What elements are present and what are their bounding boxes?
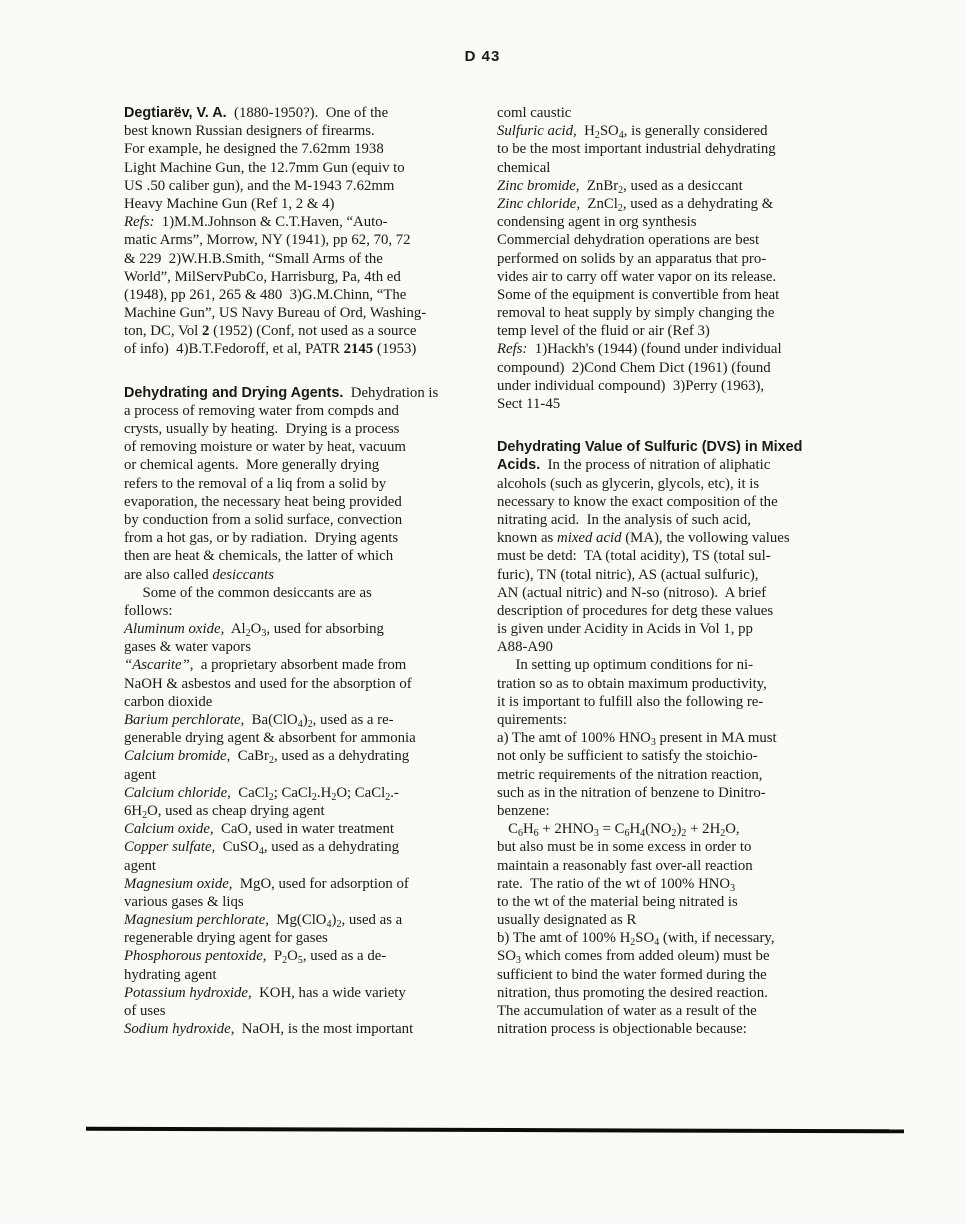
text-segment: under individual compound) 3)Perry (1963… [497,378,764,394]
text-segment: C [497,821,518,837]
text-line: necessary to know the exact composition … [497,493,865,511]
text-segment: US .50 caliber gun), and the M-1943 7.62… [124,178,394,194]
text-segment: Commercial dehydration operations are be… [497,232,759,248]
text-line: Phosphorous pentoxide, P2O5, used as a d… [124,947,476,965]
text-line: removal to heat supply by simply changin… [497,304,865,322]
text-line: Refs: 1)M.M.Johnson & C.T.Haven, “Auto- [124,213,476,231]
bottom-rule [86,1127,904,1134]
entry-dehydrating-and-drying-agents: Dehydrating and Drying Agents. Dehydrati… [124,384,476,1039]
text-line: (1948), pp 261, 265 & 480 3)G.M.Chinn, “… [124,286,476,304]
text-segment: In setting up optimum conditions for ni- [497,657,753,673]
text-segment: evaporation, the necessary heat being pr… [124,494,402,510]
text-line: Aluminum oxide, Al2O3, used for absorbin… [124,620,476,638]
text-segment: gases & water vapors [124,639,251,655]
text-segment: Some of the equipment is convertible fro… [497,287,779,303]
text-line: such as in the nitration of benzene to D… [497,784,865,802]
text-line: Magnesium perchlorate, Mg(ClO4)2, used a… [124,911,476,929]
text-line: Refs: 1)Hackh's (1944) (found under indi… [497,340,865,358]
text-line: follows: [124,602,476,620]
text-segment: benzene: [497,803,550,819]
text-line: hydrating agent [124,966,476,984]
text-line: coml caustic [497,104,865,122]
text-line: various gases & liqs [124,893,476,911]
text-segment: 6H [124,803,142,819]
text-segment: b) The amt of 100% H [497,930,630,946]
text-segment: such as in the nitration of benzene to D… [497,785,766,801]
text-segment: O, used as cheap drying agent [147,803,325,819]
text-line: carbon dioxide [124,693,476,711]
text-segment: a) The amt of 100% HNO [497,730,651,746]
text-line: 6H2O, used as cheap drying agent [124,802,476,820]
entry-title: Dehydrating Value of Sulfuric (DVS) in M… [497,439,802,455]
text-line: NaOH & asbestos and used for the absorpt… [124,675,476,693]
text-line: US .50 caliber gun), and the M-1943 7.62… [124,177,476,195]
text-line: furic), TN (total nitric), AS (actual su… [497,566,865,584]
text-segment: coml caustic [497,105,571,121]
text-segment: = C [599,821,625,837]
text-line: Sulfuric acid, H2SO4, is generally consi… [497,122,865,140]
text-line: or chemical agents. More generally dryin… [124,456,476,474]
text-line: of uses [124,1002,476,1020]
text-line: & 229 2)W.H.B.Smith, “Small Arms of the [124,250,476,268]
text-line: Magnesium oxide, MgO, used for adsorptio… [124,875,476,893]
text-segment: which comes from added oleum) must be [521,948,770,964]
text-segment: nitration, thus promoting the desired re… [497,985,768,1001]
text-segment: a process of removing water from compds … [124,403,399,419]
text-line: are also called desiccants [124,566,476,584]
text-segment: (1952) (Conf, not used as a source [209,323,416,339]
text-line: condensing agent in org synthesis [497,213,865,231]
text-segment: , used for absorbing [266,621,384,637]
text-segment: , used as a de- [303,948,386,964]
text-segment: Light Machine Gun, the 12.7mm Gun (equiv… [124,160,405,176]
text-segment: + 2H [686,821,720,837]
text-line: it is important to fulfill also the foll… [497,693,865,711]
text-segment: follows: [124,603,173,619]
text-line: rate. The ratio of the wt of 100% HNO3 [497,875,865,893]
bold-text: 2145 [344,341,374,357]
italic-text: Sodium hydroxide, [124,1021,234,1037]
text-segment: crysts, usually by heating. Drying is a … [124,421,399,437]
text-segment: NaOH, is the most important [234,1021,413,1037]
text-segment: removal to heat supply by simply changin… [497,305,774,321]
text-segment: SO [600,123,619,139]
text-segment: Dehydration is [343,385,438,401]
text-line: World”, MilServPubCo, Harrisburg, Pa, 4t… [124,268,476,286]
text-line: of info) 4)B.T.Fedoroff, et al, PATR 214… [124,340,476,358]
text-segment: to be the most important industrial dehy… [497,141,776,157]
italic-text: Calcium bromide, [124,748,230,764]
document-page: D 43 Degtiarëv, V. A. (1880-1950?). One … [0,0,965,1224]
text-segment: MgO, used for adsorption of [232,876,408,892]
text-segment: KOH, has a wide variety [252,985,406,1001]
left-column: Degtiarëv, V. A. (1880-1950?). One of th… [124,104,476,1063]
text-segment: it is important to fulfill also the foll… [497,694,763,710]
text-line: Barium perchlorate, Ba(ClO4)2, used as a… [124,711,476,729]
italic-text: “Ascarite”, [124,657,193,673]
text-segment: SO [497,948,516,964]
text-segment: O, [725,821,739,837]
text-segment: O [287,948,298,964]
text-line: Zinc bromide, ZnBr2, used as a desiccant [497,177,865,195]
text-line: from a hot gas, or by radiation. Drying … [124,529,476,547]
text-segment: For example, he designed the 7.62mm 1938 [124,141,384,157]
italic-text: Refs: [497,341,527,357]
text-segment: (NO [645,821,671,837]
text-segment: of uses [124,1003,166,1019]
text-segment: maintain a reasonably fast over-all reac… [497,858,753,874]
text-line: a process of removing water from compds … [124,402,476,420]
italic-text: Barium perchlorate, [124,712,244,728]
text-segment: is given under Acidity in Acids in Vol 1… [497,621,753,637]
text-segment: .- [390,785,399,801]
text-line: Light Machine Gun, the 12.7mm Gun (equiv… [124,159,476,177]
text-line: best known Russian designers of firearms… [124,122,476,140]
text-line: Commercial dehydration operations are be… [497,231,865,249]
text-segment: must be detd: TA (total acidity), TS (to… [497,548,771,564]
italic-text: mixed acid [557,530,622,546]
text-segment: SO [635,930,654,946]
text-segment: World”, MilServPubCo, Harrisburg, Pa, 4t… [124,269,401,285]
text-segment: AN (actual nitric) and N-so (nitroso). A… [497,585,766,601]
text-line: a) The amt of 100% HNO3 present in MA mu… [497,729,865,747]
text-line: vides air to carry off water vapor on it… [497,268,865,286]
text-line: nitration process is objectionable becau… [497,1020,865,1038]
text-line: gases & water vapors [124,638,476,656]
text-segment: Ba(ClO [244,712,297,728]
text-line: not only be sufficient to satisfy the st… [497,747,865,765]
text-segment: & 229 2)W.H.B.Smith, “Small Arms of the [124,251,383,267]
text-line: Heavy Machine Gun (Ref 1, 2 & 4) [124,195,476,213]
entry-dehydrating-value-of-sulfuric: Dehydrating Value of Sulfuric (DVS) in M… [497,438,865,1038]
text-line: ton, DC, Vol 2 (1952) (Conf, not used as… [124,322,476,340]
text-line: usually designated as R [497,911,865,929]
text-line: compound) 2)Cond Chem Dict (1961) (found [497,359,865,377]
text-segment: sufficient to bind the water formed duri… [497,967,767,983]
text-segment: of info) 4)B.T.Fedoroff, et al, PATR [124,341,344,357]
text-segment: , used as a dehydrating & [623,196,773,212]
text-segment: by conduction from a solid surface, conv… [124,512,402,528]
italic-text: Refs: [124,214,154,230]
italic-text: Sulfuric acid, [497,123,577,139]
text-line: performed on solids by an apparatus that… [497,250,865,268]
text-segment: of removing moisture or water by heat, v… [124,439,406,455]
text-line: benzene: [497,802,865,820]
text-segment: condensing agent in org synthesis [497,214,696,230]
text-line: alcohols (such as glycerin, glycols, etc… [497,475,865,493]
text-segment: (with, if necessary, [659,930,774,946]
text-segment: , used as a [341,912,402,928]
text-segment: usually designated as R [497,912,636,928]
text-segment: matic Arms”, Morrow, NY (1941), pp 62, 7… [124,232,411,248]
text-segment: NaOH & asbestos and used for the absorpt… [124,676,412,692]
italic-text: Phosphorous pentoxide, [124,948,266,964]
text-line: temp level of the fluid or air (Ref 3) [497,322,865,340]
text-segment: CuSO [215,839,259,855]
text-segment: ; CaCl [274,785,312,801]
text-line: Machine Gun”, US Navy Bureau of Ord, Was… [124,304,476,322]
page-number: D 43 [0,48,965,65]
text-segment: description of procedures for detg these… [497,603,773,619]
text-segment: ton, DC, Vol [124,323,202,339]
text-line: matic Arms”, Morrow, NY (1941), pp 62, 7… [124,231,476,249]
text-line: of removing moisture or water by heat, v… [124,438,476,456]
text-segment: agent [124,767,156,783]
text-line: known as mixed acid (MA), the vollowing … [497,529,865,547]
text-segment: compound) 2)Cond Chem Dict (1961) (found [497,360,771,376]
text-segment: Heavy Machine Gun (Ref 1, 2 & 4) [124,196,334,212]
text-segment: H [629,821,640,837]
text-segment: CaCl [231,785,269,801]
italic-text: Aluminum oxide, [124,621,224,637]
text-line: agent [124,766,476,784]
text-segment: ZnBr [579,178,618,194]
text-line: Some of the common desiccants are as [124,584,476,602]
text-segment: The accumulation of water as a result of… [497,1003,757,1019]
text-line: SO3 which comes from added oleum) must b… [497,947,865,965]
text-line: but also must be in some excess in order… [497,838,865,856]
text-segment: or chemical agents. More generally dryin… [124,457,379,473]
entry-title: Degtiarëv, V. A. [124,105,227,121]
text-line: by conduction from a solid surface, conv… [124,511,476,529]
text-line: sufficient to bind the water formed duri… [497,966,865,984]
italic-text: Magnesium perchlorate, [124,912,269,928]
text-line: evaporation, the necessary heat being pr… [124,493,476,511]
text-line: to the wt of the material being nitrated… [497,893,865,911]
text-segment: present in MA must [656,730,777,746]
text-line: crysts, usually by heating. Drying is a … [124,420,476,438]
text-segment: chemical [497,160,550,176]
text-line: AN (actual nitric) and N-so (nitroso). A… [497,584,865,602]
text-segment: P [266,948,282,964]
text-segment: Some of the common desiccants are as [124,585,372,601]
text-segment: best known Russian designers of firearms… [124,123,375,139]
text-line: generable drying agent & absorbent for a… [124,729,476,747]
text-line: is given under Acidity in Acids in Vol 1… [497,620,865,638]
text-segment: metric requirements of the nitration rea… [497,767,762,783]
text-segment: vides air to carry off water vapor on it… [497,269,776,285]
text-line: Copper sulfate, CuSO4, used as a dehydra… [124,838,476,856]
text-line: Zinc chloride, ZnCl2, used as a dehydrat… [497,195,865,213]
text-line: regenerable drying agent for gases [124,929,476,947]
text-line: nitration, thus promoting the desired re… [497,984,865,1002]
text-segment: to the wt of the material being nitrated… [497,894,738,910]
text-line: agent [124,857,476,875]
text-segment: alcohols (such as glycerin, glycols, etc… [497,476,759,492]
italic-text: Zinc bromide, [497,178,579,194]
text-segment: , used as a dehydrating [274,748,409,764]
text-segment: Machine Gun”, US Navy Bureau of Ord, Was… [124,305,426,321]
text-segment: H [523,821,534,837]
text-segment: rate. The ratio of the wt of 100% HNO [497,876,730,892]
text-segment: Sect 11-45 [497,396,560,412]
italic-text: Copper sulfate, [124,839,215,855]
text-segment: nitration process is objectionable becau… [497,1021,747,1037]
text-segment: , used as a dehydrating [264,839,399,855]
text-segment: In the process of nitration of aliphatic [540,457,770,473]
text-segment: necessary to know the exact composition … [497,494,778,510]
italic-text: Potassium hydroxide, [124,985,252,1001]
text-line: Sect 11-45 [497,395,865,413]
text-line: Calcium oxide, CaO, used in water treatm… [124,820,476,838]
text-segment: A88-A90 [497,639,553,655]
text-segment: , is generally considered [624,123,768,139]
text-segment: , used as a desiccant [623,178,743,194]
text-segment: a proprietary absorbent made from [193,657,406,673]
text-segment: known as [497,530,557,546]
text-line: Degtiarëv, V. A. (1880-1950?). One of th… [124,104,476,122]
text-segment: CaBr [230,748,269,764]
text-line: quirements: [497,711,865,729]
text-segment: Al [224,621,245,637]
text-segment: agent [124,858,156,874]
entry-title: Acids. [497,457,540,473]
text-segment: (MA), the vollowing values [622,530,790,546]
text-line: metric requirements of the nitration rea… [497,766,865,784]
text-line: under individual compound) 3)Perry (1963… [497,377,865,395]
italic-text: desiccants [212,567,274,583]
text-segment: (1880-1950?). One of the [227,105,389,121]
text-segment: nitrating acid. In the analysis of such … [497,512,751,528]
text-line: The accumulation of water as a result of… [497,1002,865,1020]
text-segment: from a hot gas, or by radiation. Drying … [124,530,398,546]
italic-text: Magnesium oxide, [124,876,232,892]
text-segment: carbon dioxide [124,694,212,710]
text-segment: (1953) [373,341,416,357]
text-line: Dehydrating and Drying Agents. Dehydrati… [124,384,476,402]
text-segment: O [251,621,262,637]
text-line: nitrating acid. In the analysis of such … [497,511,865,529]
text-segment: CaO, used in water treatment [214,821,394,837]
text-segment: .H [317,785,331,801]
text-line: to be the most important industrial dehy… [497,140,865,158]
text-segment: but also must be in some excess in order… [497,839,751,855]
text-segment: regenerable drying agent for gases [124,930,328,946]
text-segment: refers to the removal of a liq from a so… [124,476,386,492]
text-segment: various gases & liqs [124,894,244,910]
text-line: For example, he designed the 7.62mm 1938 [124,140,476,158]
text-segment: H [577,123,595,139]
text-line: Sodium hydroxide, NaOH, is the most impo… [124,1020,476,1038]
italic-text: Calcium chloride, [124,785,231,801]
text-segment: then are heat & chemicals, the latter of… [124,548,393,564]
italic-text: Zinc chloride, [497,196,580,212]
text-line: then are heat & chemicals, the latter of… [124,547,476,565]
text-line: A88-A90 [497,638,865,656]
text-segment: are also called [124,567,212,583]
text-segment: temp level of the fluid or air (Ref 3) [497,323,710,339]
text-line: must be detd: TA (total acidity), TS (to… [497,547,865,565]
text-segment: O; CaCl [336,785,385,801]
text-segment: quirements: [497,712,567,728]
text-line: Some of the equipment is convertible fro… [497,286,865,304]
italic-text: Calcium oxide, [124,821,214,837]
text-line: Calcium chloride, CaCl2; CaCl2.H2O; CaCl… [124,784,476,802]
text-segment: performed on solids by an apparatus that… [497,251,766,267]
text-line: refers to the removal of a liq from a so… [124,475,476,493]
text-line: Potassium hydroxide, KOH, has a wide var… [124,984,476,1002]
text-line: Calcium bromide, CaBr2, used as a dehydr… [124,747,476,765]
entry-degtiarev: Degtiarëv, V. A. (1880-1950?). One of th… [124,104,476,359]
text-segment: Mg(ClO [269,912,327,928]
text-line: maintain a reasonably fast over-all reac… [497,857,865,875]
text-line: description of procedures for detg these… [497,602,865,620]
text-segment: ZnCl [580,196,618,212]
text-segment: (1948), pp 261, 265 & 480 3)G.M.Chinn, “… [124,287,406,303]
text-segment: 1)Hackh's (1944) (found under individual [527,341,781,357]
text-segment: tration so as to obtain maximum producti… [497,676,767,692]
text-segment: + 2HNO [539,821,594,837]
text-line: Dehydrating Value of Sulfuric (DVS) in M… [497,438,865,456]
text-line: Acids. In the process of nitration of al… [497,456,865,474]
text-line: “Ascarite”, a proprietary absorbent made… [124,656,476,674]
text-line: b) The amt of 100% H2SO4 (with, if neces… [497,929,865,947]
text-segment: furic), TN (total nitric), AS (actual su… [497,567,758,583]
entry-continued-desiccants: coml causticSulfuric acid, H2SO4, is gen… [497,104,865,413]
text-line: C6H6 + 2HNO3 = C6H4(NO2)2 + 2H2O, [497,820,865,838]
text-segment: generable drying agent & absorbent for a… [124,730,416,746]
text-segment: 1)M.M.Johnson & C.T.Haven, “Auto- [154,214,387,230]
text-segment: hydrating agent [124,967,216,983]
text-line: tration so as to obtain maximum producti… [497,675,865,693]
text-segment: , used as a re- [313,712,394,728]
text-segment: not only be sufficient to satisfy the st… [497,748,758,764]
entry-title: Dehydrating and Drying Agents. [124,385,343,401]
text-line: chemical [497,159,865,177]
text-line: In setting up optimum conditions for ni- [497,656,865,674]
right-column: coml causticSulfuric acid, H2SO4, is gen… [497,104,865,1063]
